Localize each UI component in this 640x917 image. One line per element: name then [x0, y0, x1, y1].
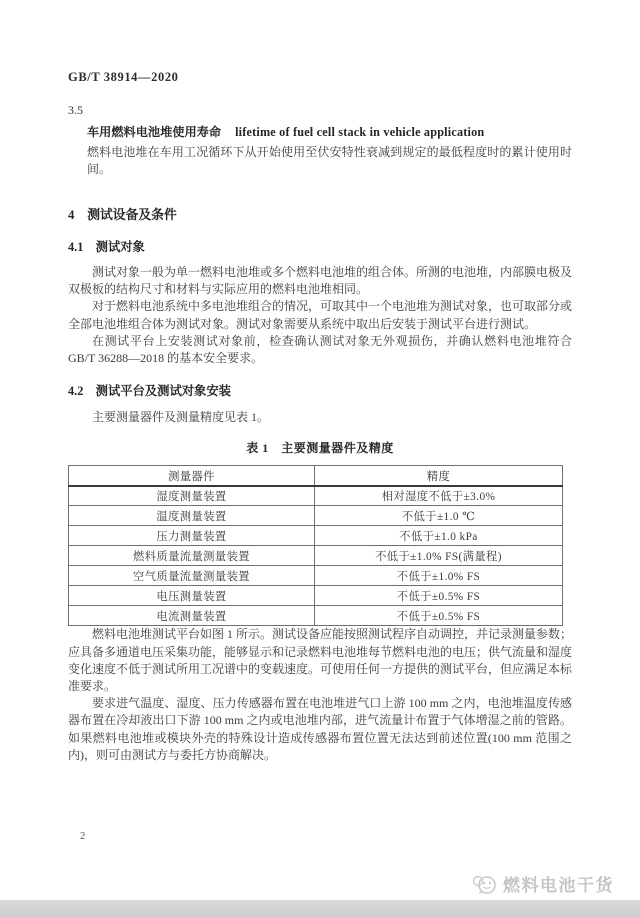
column-header-precision: 精度	[315, 466, 563, 486]
table-row: 空气质量流量测量装置 不低于±1.0% FS	[69, 566, 563, 586]
device-cell: 燃料质量流量测量装置	[69, 546, 315, 566]
table-row: 温度测量装置 不低于±1.0 ℃	[69, 506, 563, 526]
table-row: 湿度测量装置 相对湿度不低于±3.0%	[69, 486, 563, 506]
table-header-row: 测量器件 精度	[69, 466, 563, 486]
precision-cell: 不低于±1.0% FS(满量程)	[315, 546, 563, 566]
section-4-1-paragraph-1: 测试对象一般为单一燃料电池堆或多个燃料电池堆的组合体。所测的电池堆，内部膜电极及…	[68, 264, 572, 298]
device-cell: 空气质量流量测量装置	[69, 566, 315, 586]
table-row: 压力测量装置 不低于±1.0 kPa	[69, 526, 563, 546]
section-4-2-paragraph-1: 燃料电池堆测试平台如图 1 所示。测试设备应能按照测试程序自动调控，并记录测量参…	[68, 626, 572, 695]
section-4-1-heading: 4.1 测试对象	[68, 237, 572, 255]
precision-cell: 不低于±1.0 kPa	[315, 526, 563, 546]
precision-cell: 相对湿度不低于±3.0%	[315, 486, 563, 506]
watermark-text: 燃料电池干货	[503, 871, 614, 896]
watermark-logo-icon	[472, 873, 498, 895]
term-heading: 车用燃料电池堆使用寿命lifetime of fuel cell stack i…	[87, 123, 572, 140]
precision-cell: 不低于±1.0% FS	[315, 566, 563, 586]
table-row: 电压测量装置 不低于±0.5% FS	[69, 586, 563, 606]
clause-3-5-number: 3.5	[68, 103, 572, 118]
device-cell: 压力测量装置	[69, 526, 315, 546]
bottom-gray-bar	[0, 900, 640, 917]
document-page: GB/T 38914—2020 3.5 车用燃料电池堆使用寿命lifetime …	[0, 0, 640, 917]
term-zh: 车用燃料电池堆使用寿命	[87, 125, 221, 139]
device-cell: 湿度测量装置	[69, 486, 315, 506]
page-content: GB/T 38914—2020 3.5 车用燃料电池堆使用寿命lifetime …	[68, 0, 572, 764]
table-row: 电流测量装置 不低于±0.5% FS	[69, 606, 563, 626]
page-number: 2	[80, 831, 85, 842]
device-cell: 电压测量装置	[69, 586, 315, 606]
device-cell: 电流测量装置	[69, 606, 315, 626]
precision-cell: 不低于±1.0 ℃	[315, 506, 563, 526]
table-1-caption: 表 1 主要测量器件及精度	[68, 439, 572, 456]
term-definition-text: 燃料电池堆在车用工况循环下从开始使用至伏安特性衰减到规定的最低程度时的累计使用时…	[87, 144, 572, 178]
clause-3-5: 3.5 车用燃料电池堆使用寿命lifetime of fuel cell sta…	[68, 103, 572, 178]
measurement-precision-table: 测量器件 精度 湿度测量装置 相对湿度不低于±3.0% 温度测量装置 不低于±1…	[68, 465, 563, 626]
watermark: 燃料电池干货	[472, 871, 614, 896]
column-header-device: 测量器件	[69, 466, 315, 486]
section-4-2-heading: 4.2 测试平台及测试对象安装	[68, 381, 572, 399]
term-en: lifetime of fuel cell stack in vehicle a…	[235, 125, 484, 139]
table-row: 燃料质量流量测量装置 不低于±1.0% FS(满量程)	[69, 546, 563, 566]
section-4-heading: 4 测试设备及条件	[68, 204, 572, 223]
section-4-1-paragraph-3: 在测试平台上安装测试对象前，检查确认测试对象无外观损伤，并确认燃料电池堆符合 G…	[68, 333, 572, 367]
term-definition-block: 车用燃料电池堆使用寿命lifetime of fuel cell stack i…	[87, 123, 572, 178]
standard-number: GB/T 38914—2020	[68, 70, 572, 85]
device-cell: 温度测量装置	[69, 506, 315, 526]
section-4-2-intro: 主要测量器件及测量精度见表 1。	[68, 409, 572, 426]
section-4-1-paragraph-2: 对于燃料电池系统中多电池堆组合的情况，可取其中一个电池堆为测试对象，也可取部分或…	[68, 298, 572, 332]
precision-cell: 不低于±0.5% FS	[315, 586, 563, 606]
precision-cell: 不低于±0.5% FS	[315, 606, 563, 626]
section-4-2-paragraph-2: 要求进气温度、湿度、压力传感器布置在电池堆进气口上游 100 mm 之内，电池堆…	[68, 695, 572, 764]
